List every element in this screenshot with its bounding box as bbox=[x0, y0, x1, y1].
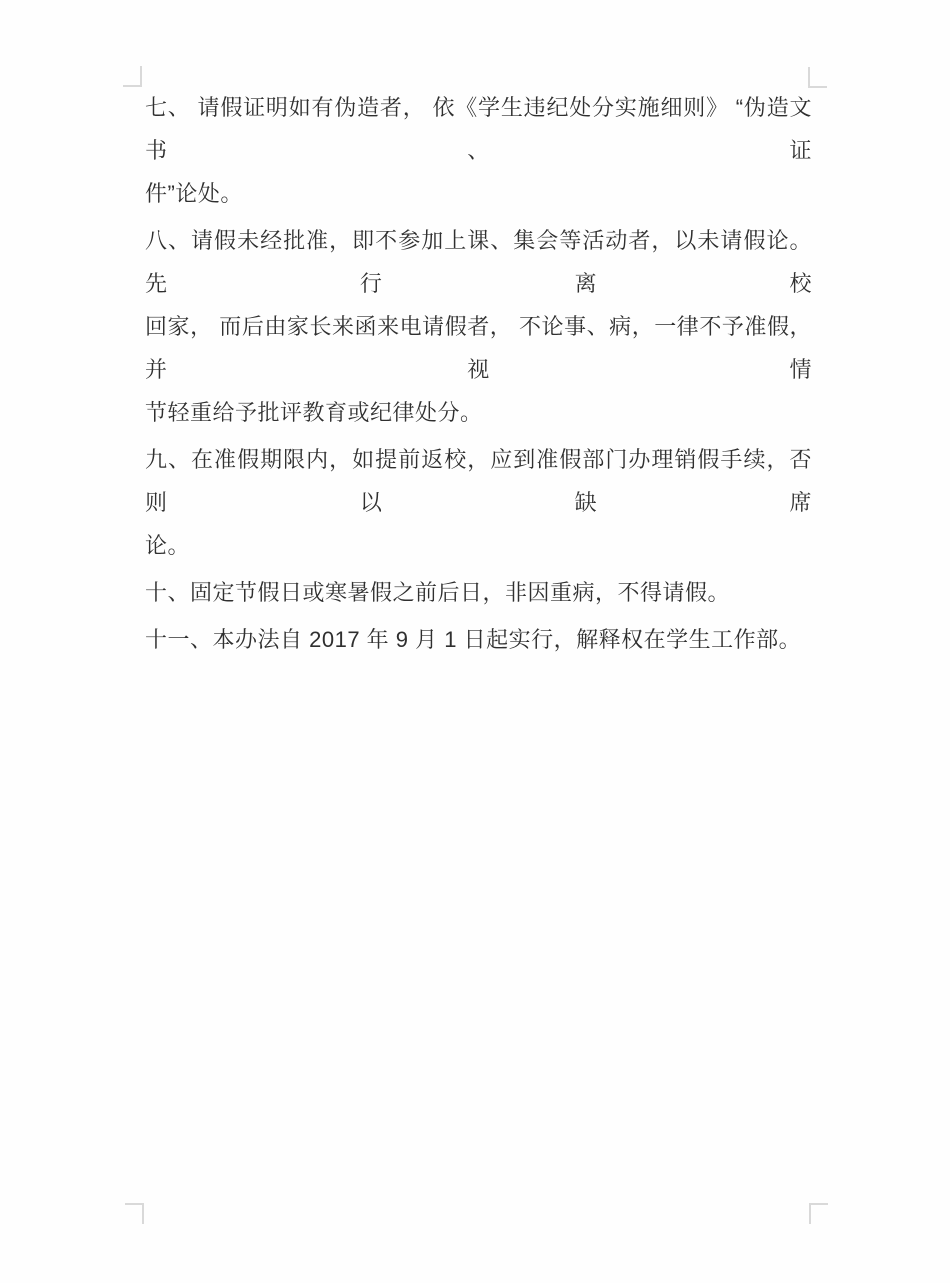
margin-crop-mark-top-right bbox=[808, 67, 827, 88]
text-line: 八、请假未经批准，即不参加上课、集会等活动者，以未请假论。 先行离校 bbox=[145, 219, 812, 305]
text-line: 九、在准假期限内，如提前返校，应到准假部门办理销假手续，否则以缺席 bbox=[145, 438, 812, 524]
text-line: 十、固定节假日或寒暑假之前后日，非因重病，不得请假。 bbox=[145, 571, 812, 614]
paragraph-item-11: 十一、本办法自 2017 年 9 月 1 日起实行，解释权在学生工作部。 bbox=[145, 618, 812, 661]
margin-crop-mark-bottom-left bbox=[125, 1203, 144, 1224]
text-line: 七、 请假证明如有伪造者， 依《学生违纪处分实施细则》 “伪造文书、证 bbox=[145, 86, 812, 172]
document-body: 七、 请假证明如有伪造者， 依《学生违纪处分实施细则》 “伪造文书、证 件”论处… bbox=[145, 86, 812, 665]
text-line: 回家， 而后由家长来函来电请假者， 不论事、病，一律不予准假，并视情 bbox=[145, 305, 812, 391]
paragraph-item-7: 七、 请假证明如有伪造者， 依《学生违纪处分实施细则》 “伪造文书、证 件”论处… bbox=[145, 86, 812, 215]
text-line: 论。 bbox=[145, 524, 812, 567]
margin-crop-mark-bottom-right bbox=[809, 1203, 828, 1224]
paragraph-item-8: 八、请假未经批准，即不参加上课、集会等活动者，以未请假论。 先行离校 回家， 而… bbox=[145, 219, 812, 434]
text-line: 十一、本办法自 2017 年 9 月 1 日起实行，解释权在学生工作部。 bbox=[145, 618, 812, 661]
paragraph-item-9: 九、在准假期限内，如提前返校，应到准假部门办理销假手续，否则以缺席 论。 bbox=[145, 438, 812, 567]
document-page: 七、 请假证明如有伪造者， 依《学生违纪处分实施细则》 “伪造文书、证 件”论处… bbox=[0, 0, 950, 1283]
text-line: 件”论处。 bbox=[145, 172, 812, 215]
paragraph-item-10: 十、固定节假日或寒暑假之前后日，非因重病，不得请假。 bbox=[145, 571, 812, 614]
text-line: 节轻重给予批评教育或纪律处分。 bbox=[145, 391, 812, 434]
margin-crop-mark-top-left bbox=[123, 66, 142, 87]
